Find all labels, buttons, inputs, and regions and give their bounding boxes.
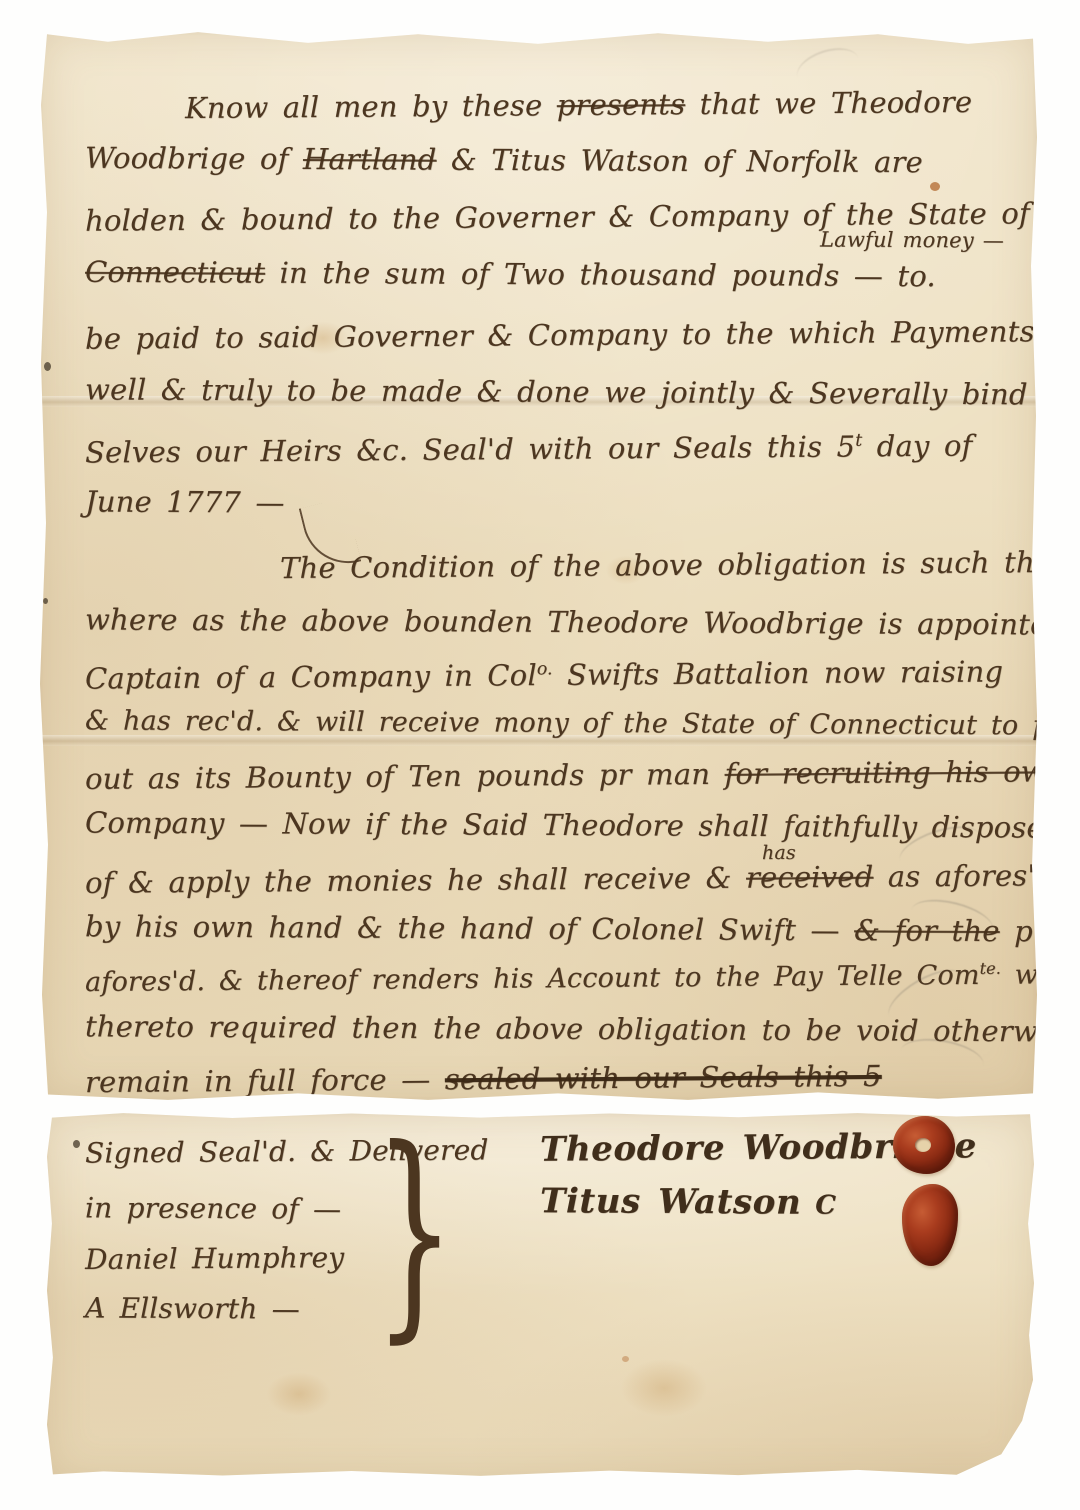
manuscript-line: Connecticut in the sum of Two thousand p… [85,255,936,293]
signature-titus-watson: Titus WatsonC [540,1181,837,1223]
text-segment: Titus Watson [540,1181,802,1222]
manuscript-line: thereto required then the above obligati… [85,1009,1080,1048]
struck-text: received [746,860,874,895]
text-segment: by his own hand & the hand of Colonel Sw… [85,909,854,947]
signature-flourish: C [815,1191,836,1221]
witness-line: A Ellsworth — [85,1291,300,1325]
manuscript-line: Selves our Heirs &c. Seal'd with our Sea… [85,429,973,470]
manuscript-line: The Condition of the above obligation is… [280,545,1064,585]
struck-text-heavy: sealed with our Seals this 5 [445,1059,882,1096]
manuscript-line: of & apply the monies he shall receive &… [85,858,1064,900]
manuscript-line: out as its Bounty of Ten pounds pr man f… [85,754,1065,796]
text-segment: day of [862,429,973,464]
superscript: o. [537,659,553,679]
text-segment: Know all men by these [185,88,557,125]
manuscript-line: Captain of a Company in Colo. Swifts Bat… [85,654,1003,695]
interline-insertion: Lawful money — [820,228,1004,253]
manuscript-line: be paid to said Governer & Company to th… [85,314,1035,355]
text-segment: remain in full force — [85,1062,445,1099]
manuscript-line: by his own hand & the hand of Colonel Sw… [85,909,1080,948]
manuscript-line: Know all men by these presents that we T… [185,85,972,125]
manuscript-line: well & truly to be made & done we jointl… [85,372,1080,411]
wax-seal-top [893,1116,955,1174]
scanned-document: Know all men by these presents that we T… [0,0,1080,1510]
text-segment: Woodbrige of [85,141,303,176]
manuscript-line: Company — Now if the Said Theodore shall… [85,805,1044,844]
paper-speck [44,362,51,371]
text-segment: Selves our Heirs &c. Seal'd with our Sea… [85,429,855,469]
text-segment: of & apply the monies he shall receive & [85,861,746,900]
witness-line: Daniel Humphrey [85,1241,345,1276]
struck-text: presents [557,87,686,122]
text-segment: in the sum of Two thousand pounds — to. [265,256,936,294]
text-segment: afores'd. & thereof renders his Account … [85,960,980,998]
struck-text: Connecticut [85,255,265,290]
manuscript-line: & has rec'd. & will receive mony of the … [85,705,1080,741]
text-segment: Swifts Battalion now raising [552,654,1003,692]
paper-sheet-main: Know all men by these presents that we T… [38,30,1038,1102]
superscript: te. [980,959,1001,978]
text-segment: Captain of a Company in Col [85,658,537,696]
manuscript-line: where as the above bounden Theodore Wood… [85,602,1066,641]
text-segment: & Titus Watson of Norfolk are [436,143,923,180]
manuscript-line: remain in full force — sealed with our S… [85,1059,882,1099]
text-segment: out as its Bounty of Ten pounds pr man [85,757,725,796]
witness-line: in presence of — [85,1191,341,1225]
witness-brace: } [374,1120,455,1345]
rust-stain [622,1356,629,1362]
text-segment: as afores'd. [873,858,1064,893]
text-segment: when [1001,959,1080,991]
struck-text: & for the [854,913,1000,948]
paper-sheet-bottom: Signed Seal'd. & Delivered in presence o… [44,1112,1036,1484]
manuscript-line: June 1777 — [85,484,285,519]
seal-void [915,1138,931,1152]
text-segment: purpose [1000,914,1080,949]
paper-speck [43,598,48,604]
struck-text: Hartland [303,142,437,177]
text-segment: that we Theodore [685,85,972,121]
paper-stain [254,1364,344,1424]
struck-text: for recruiting his own [724,754,1064,791]
paper-speck [73,1140,80,1148]
rust-stain [930,182,940,191]
manuscript-line: Woodbrige of Hartland & Titus Watson of … [85,141,923,179]
